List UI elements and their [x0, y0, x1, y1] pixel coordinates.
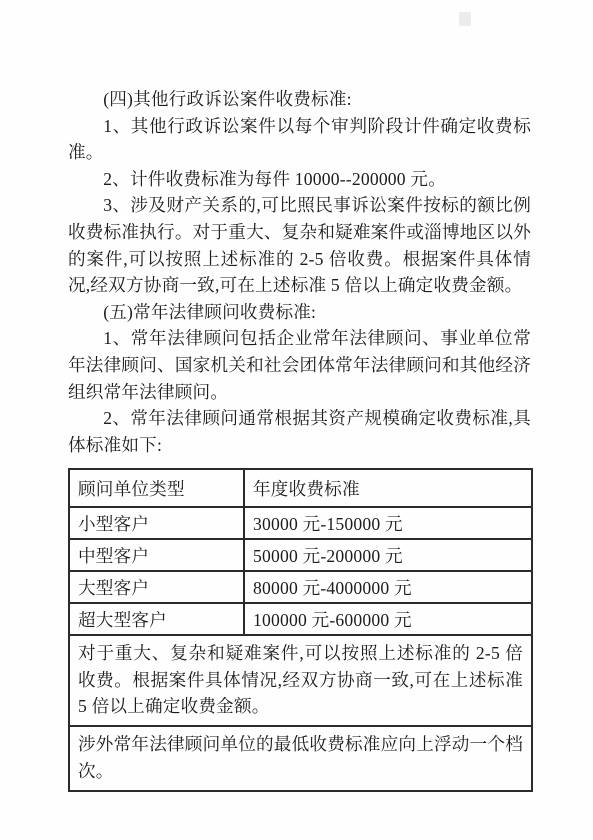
annual-counsel-fee-table: 顾问单位类型 年度收费标准 小型客户 30000 元-150000 元 中型客户…: [68, 468, 533, 791]
table-cell-client-type: 小型客户: [69, 507, 244, 539]
table-cell-fee-range: 50000 元-200000 元: [244, 539, 532, 571]
paragraph-item-1: 1、其他行政诉讼案件以每个审判阶段计件确定收费标准。: [68, 113, 531, 166]
table-cell-fee-range: 100000 元-600000 元: [244, 603, 532, 635]
table-note-foreign-counsel: 涉外常年法律顾问单位的最低收费标准应向上浮动一个档次。: [69, 726, 532, 791]
table-cell-client-type: 超大型客户: [69, 603, 244, 635]
paragraph-section-5-heading: (五)常年法律顾问收费标准:: [68, 299, 531, 326]
table-header-row: 顾问单位类型 年度收费标准: [69, 469, 532, 507]
table-cell-client-type: 中型客户: [69, 539, 244, 571]
document-page: (四)其他行政诉讼案件收费标准: 1、其他行政诉讼案件以每个审判阶段计件确定收费…: [0, 0, 593, 840]
table-row: 小型客户 30000 元-150000 元: [69, 507, 532, 539]
table-header-client-type: 顾问单位类型: [69, 469, 244, 507]
table-header-annual-fee: 年度收费标准: [244, 469, 532, 507]
table-cell-fee-range: 80000 元-4000000 元: [244, 571, 532, 603]
paragraph-section-4-heading: (四)其他行政诉讼案件收费标准:: [68, 86, 531, 113]
table-note-row: 对于重大、复杂和疑难案件,可以按照上述标准的 2-5 倍收费。根据案件具体情况,…: [69, 635, 532, 726]
scan-artifact: [459, 12, 471, 26]
paragraph-item-2: 2、计件收费标准为每件 10000--200000 元。: [68, 166, 531, 193]
table-row: 超大型客户 100000 元-600000 元: [69, 603, 532, 635]
table-row: 中型客户 50000 元-200000 元: [69, 539, 532, 571]
paragraph-item-3: 3、涉及财产关系的,可比照民事诉讼案件按标的额比例收费标准执行。对于重大、复杂和…: [68, 192, 531, 298]
table-cell-client-type: 大型客户: [69, 571, 244, 603]
paragraph-item-5-2: 2、常年法律顾问通常根据其资产规模确定收费标准,具体标准如下:: [68, 405, 531, 458]
table-note-row: 涉外常年法律顾问单位的最低收费标准应向上浮动一个档次。: [69, 726, 532, 791]
table-cell-fee-range: 30000 元-150000 元: [244, 507, 532, 539]
paragraph-item-5-1: 1、常年法律顾问包括企业常年法律顾问、事业单位常年法律顾问、国家机关和社会团体常…: [68, 325, 531, 405]
table-note-complex-cases: 对于重大、复杂和疑难案件,可以按照上述标准的 2-5 倍收费。根据案件具体情况,…: [69, 635, 532, 726]
table-row: 大型客户 80000 元-4000000 元: [69, 571, 532, 603]
